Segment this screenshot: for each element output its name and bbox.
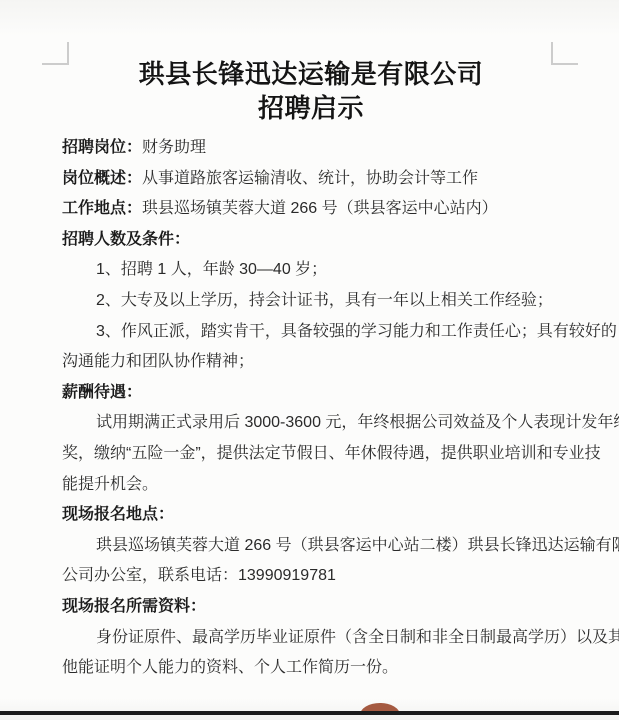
requirement-item-3: 3、作风正派，踏实肯干，具备较强的学习能力和工作责任心；具有较好的 (62, 317, 560, 348)
contact-phone-line: 公司办公室，联系电话：13990919781 (62, 567, 336, 584)
materials-line-2: 他能证明个人能力的资料、个人工作简历一份。 (62, 653, 560, 684)
salary-paragraph-line-1: 试用期满正式录用后 3000-3600 元，年终根据公司效益及个人表现计发年终 (62, 408, 560, 439)
section-header-signup-location: 现场报名地点： (62, 500, 560, 531)
line-work-location: 工作地点：珙县巡场镇芙蓉大道 266 号（珙县客运中心站内） (62, 194, 560, 225)
bottom-scan-bar (0, 711, 619, 715)
salary-paragraph-line-2: 奖，缴纳“五险一金”，提供法定节假日、年休假待遇，提供职业培训和专业技 (62, 439, 560, 470)
line-job-position: 招聘岗位：财务助理 (62, 133, 560, 164)
doc-body: 招聘岗位：财务助理 岗位概述：从事道路旅客运输清收、统计，协助会计等工作 工作地… (62, 133, 560, 684)
signup-location-line-2-contact: 公司办公室，联系电话：13990919781 (62, 561, 560, 592)
section-header-requirements: 招聘人数及条件： (62, 225, 560, 256)
doc-title-line-1: 珙县长锋迅达运输是有限公司 (62, 58, 560, 92)
salary-paragraph-line-3: 能提升机会。 (62, 470, 560, 501)
field-label: 工作地点： (62, 200, 142, 217)
doc-title-line-2: 招聘启示 (62, 92, 560, 126)
recruitment-notice: 珙县长锋迅达运输是有限公司 招聘启示 招聘岗位：财务助理 岗位概述：从事道路旅客… (62, 58, 560, 684)
document-photo: 珙县长锋迅达运输是有限公司 招聘启示 招聘岗位：财务助理 岗位概述：从事道路旅客… (0, 0, 619, 720)
section-header-required-materials: 现场报名所需资料： (62, 592, 560, 623)
section-header-label: 现场报名所需资料： (62, 598, 206, 615)
field-label: 招聘岗位： (62, 139, 142, 156)
field-label: 岗位概述： (62, 170, 142, 187)
field-value: 财务助理 (142, 139, 206, 156)
requirement-item-3-cont: 沟通能力和团队协作精神； (62, 347, 560, 378)
section-header-label: 招聘人数及条件： (62, 231, 190, 248)
section-header-label: 现场报名地点： (62, 506, 174, 523)
signup-location-line-1: 珙县巡场镇芙蓉大道 266 号（珙县客运中心站二楼）珙县长锋迅达运输有限 (62, 531, 560, 562)
requirement-item-2: 2、大专及以上学历，持会计证书，具有一年以上相关工作经验； (62, 286, 560, 317)
field-value: 从事道路旅客运输清收、统计，协助会计等工作 (142, 170, 478, 187)
section-header-label: 薪酬待遇： (62, 384, 142, 401)
requirement-item-1: 1、招聘 1 人，年龄 30—40 岁； (62, 255, 560, 286)
materials-line-1: 身份证原件、最高学历毕业证原件（含全日制和非全日制最高学历）以及其 (62, 623, 560, 654)
field-value: 珙县巡场镇芙蓉大道 266 号（珙县客运中心站内） (142, 200, 498, 217)
section-header-salary: 薪酬待遇： (62, 378, 560, 409)
line-job-summary: 岗位概述：从事道路旅客运输清收、统计，协助会计等工作 (62, 164, 560, 195)
